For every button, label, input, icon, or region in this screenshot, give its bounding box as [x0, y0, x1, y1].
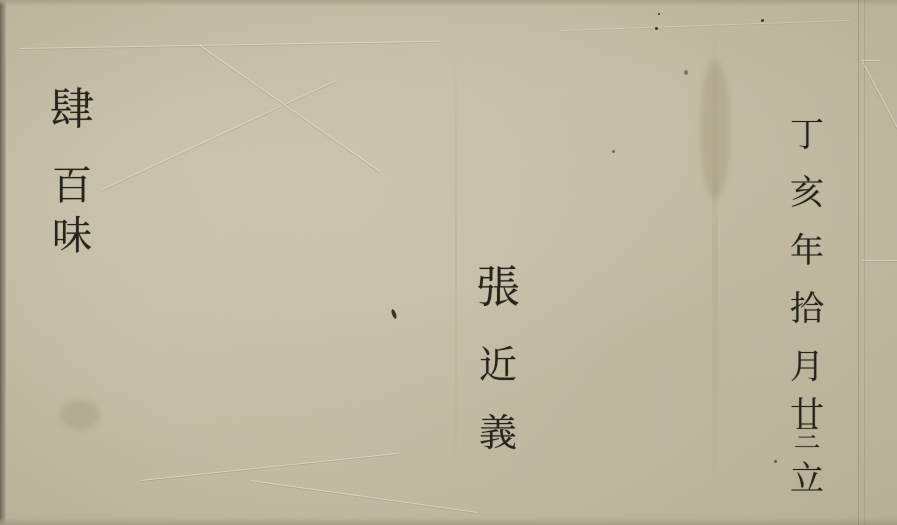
ink-speck [612, 150, 615, 153]
char: 丁 [790, 118, 824, 152]
char: 拾 [790, 292, 824, 326]
paper-fold [455, 0, 457, 525]
char: 三 [794, 426, 820, 452]
char: 肆 [50, 88, 94, 132]
paper-crease [861, 60, 897, 246]
ink-speck [390, 309, 397, 320]
binding-line [864, 0, 865, 525]
paper-crease [140, 453, 399, 481]
cover-bottom-edge [0, 517, 897, 525]
cover-left-edge [0, 0, 6, 525]
char: 近 [479, 346, 517, 384]
char: 百 [52, 166, 92, 206]
ink-speck [684, 70, 688, 75]
paper-crease [862, 260, 897, 261]
paper-crease [250, 480, 478, 513]
ink-speck [658, 13, 660, 15]
char: 張 [476, 266, 520, 310]
char: 亥 [790, 176, 824, 210]
char: 立 [790, 462, 824, 496]
char: 義 [479, 414, 517, 452]
paper-crease [862, 60, 880, 61]
ink-speck [761, 19, 764, 22]
manuscript-cover: 肆 百 味 張 近 義 丁 亥 年 拾 月 廿 三 立 [0, 0, 897, 525]
char: 味 [52, 216, 92, 256]
char: 年 [790, 234, 824, 268]
paper-stain [60, 400, 100, 430]
paper-crease [100, 80, 336, 191]
paper-crease [20, 41, 440, 49]
ink-speck [774, 460, 777, 463]
paper-crease [560, 20, 850, 31]
binding-line [858, 0, 859, 525]
ink-speck [655, 27, 658, 30]
char: 月 [790, 350, 824, 384]
owner-name-column: 張 近 義 [476, 266, 520, 452]
paper-crease [199, 45, 380, 172]
title-column-left: 肆 百 味 [50, 88, 94, 256]
date-column-right: 丁 亥 年 拾 月 廿 三 立 [790, 118, 824, 496]
cover-top-edge [0, 0, 897, 6]
paper-stain [700, 60, 730, 200]
